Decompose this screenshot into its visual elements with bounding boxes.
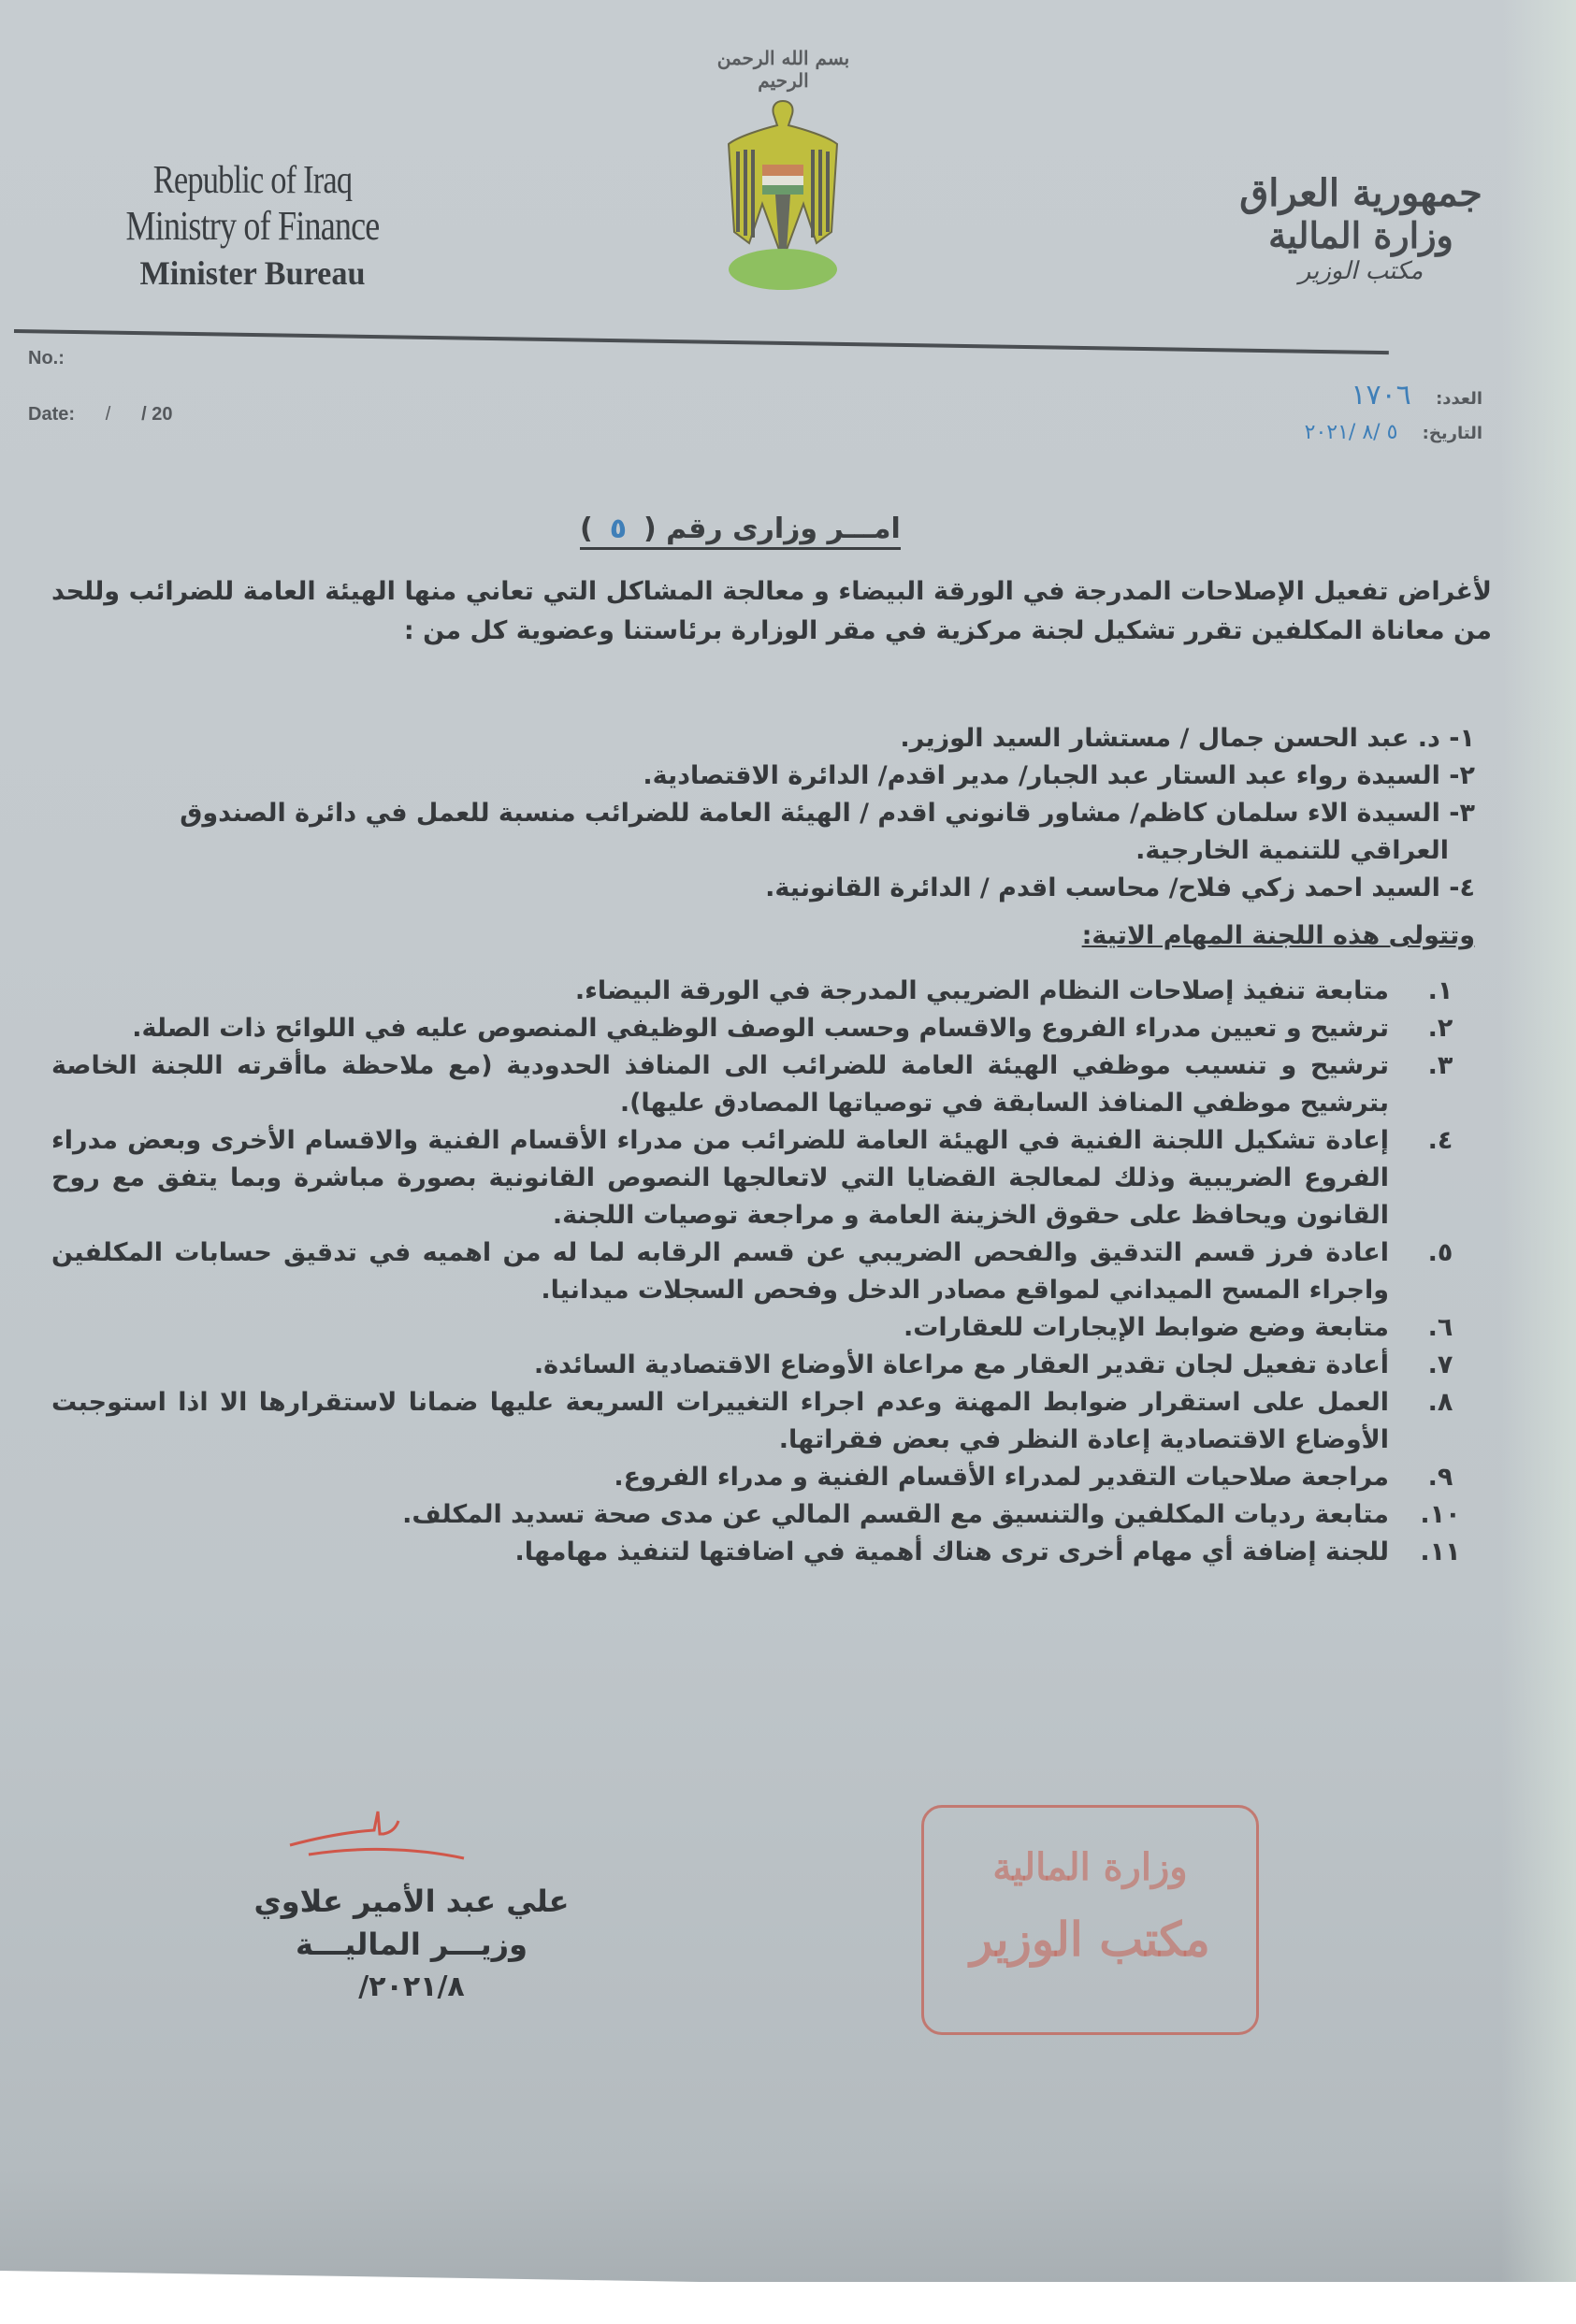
ar-republic-line: جمهورية العراق bbox=[1207, 173, 1515, 214]
order-number: ٥ bbox=[610, 512, 627, 545]
handwritten-number: ١٧٠٦ bbox=[1351, 379, 1410, 411]
official-stamp: وزارة المالية مكتب الوزير bbox=[921, 1805, 1259, 2035]
intro-paragraph: لأغراض تفعيل الإصلاحات المدرجة في الورقة… bbox=[51, 572, 1492, 651]
arabic-date-field: التاريخ: ٥ /٨ /٢٠٢١ bbox=[1305, 421, 1482, 444]
member-item-continued: العراقي للتنمية الخارجية. bbox=[53, 832, 1475, 870]
task-item: ٣.ترشيح و تنسيب موظفي الهيئة العامة للضر… bbox=[51, 1047, 1492, 1122]
task-item: ٤.إعادة تشكيل اللجنة الفنية في الهيئة ال… bbox=[51, 1122, 1492, 1234]
member-item: ٣- السيدة الاء سلمان كاظم/ مشاور قانوني … bbox=[53, 795, 1475, 832]
task-item: ١٠.متابعة رديات المكلفين والتنسيق مع الق… bbox=[51, 1496, 1492, 1534]
signature-date: ٢٠٢١/٨/ bbox=[234, 1966, 589, 2009]
english-no-field: No.: bbox=[28, 348, 65, 369]
signatory-name: علي عبد الأمير علاوي bbox=[234, 1880, 589, 1923]
task-item: ٢.ترشيح و تعيين مدراء الفروع والاقسام وح… bbox=[51, 1010, 1492, 1047]
member-item: ٢- السيدة رواء عبد الستار عبد الجبار/ مد… bbox=[53, 758, 1475, 795]
committee-members: ١- د. عبد الحسن جمال / مستشار السيد الوز… bbox=[53, 720, 1475, 907]
english-date-field: Date: / / 20 bbox=[28, 404, 173, 426]
task-item: ٩.مراجعة صلاحيات التقدير لمدراء الأقسام … bbox=[51, 1459, 1492, 1496]
task-item: ٦.متابعة وضع ضوابط الإيجارات للعقارات. bbox=[51, 1309, 1492, 1347]
handwritten-signature-icon bbox=[281, 1810, 468, 1866]
handwritten-date: ٥ /٨ /٢٠٢١ bbox=[1305, 421, 1398, 444]
emblem-block: بسم الله الرحمن الرحيم bbox=[697, 47, 870, 310]
republic-line: Republic of Iraq bbox=[92, 159, 413, 203]
arabic-letterhead: جمهورية العراق وزارة المالية مكتب الوزير bbox=[1207, 173, 1515, 285]
arabic-no-field: العدد: ١٧٠٦ bbox=[1351, 379, 1482, 411]
document-title: امـــر وزارى رقم (٥) bbox=[580, 512, 901, 550]
english-letterhead: Republic of Iraq Ministry of Finance Min… bbox=[56, 159, 449, 293]
eagle-emblem-icon bbox=[697, 92, 870, 307]
task-item: ٧.أعادة تفعيل لجان تقدير العقار مع مراعا… bbox=[51, 1347, 1492, 1384]
signatory-title: وزيـــر الماليـــة bbox=[234, 1923, 589, 1966]
bureau-line: Minister Bureau bbox=[66, 254, 440, 292]
signature-block: علي عبد الأمير علاوي وزيـــر الماليـــة … bbox=[234, 1880, 589, 2009]
basmala-text: بسم الله الرحمن الرحيم bbox=[697, 47, 870, 92]
member-item: ١- د. عبد الحسن جمال / مستشار السيد الوز… bbox=[53, 720, 1475, 758]
member-item: ٤- السيد احمد زكي فلاح/ محاسب اقدم / الد… bbox=[53, 870, 1475, 907]
task-item: ١.متابعة تنفيذ إصلاحات النظام الضريبي ال… bbox=[51, 973, 1492, 1010]
ministry-line: Ministry of Finance bbox=[92, 203, 413, 249]
tasks-heading: وتتولى هذه اللجنة المهام الاتية: bbox=[1082, 921, 1475, 950]
task-item: ٨.العمل على استقرار ضوابط المهنة وعدم اج… bbox=[51, 1384, 1492, 1459]
task-item: ٥.اعادة فرز قسم التدقيق والفحص الضريبي ع… bbox=[51, 1234, 1492, 1309]
task-item: ١١.للجنة إضافة أي مهام أخرى ترى هناك أهم… bbox=[51, 1534, 1492, 1571]
tasks-list: ١.متابعة تنفيذ إصلاحات النظام الضريبي ال… bbox=[51, 973, 1492, 1571]
ar-bureau-line: مكتب الوزير bbox=[1207, 257, 1515, 285]
stamp-bureau: مكتب الوزير bbox=[924, 1912, 1256, 1967]
stamp-ministry: وزارة المالية bbox=[924, 1845, 1256, 1889]
ar-ministry-line: وزارة المالية bbox=[1207, 214, 1515, 257]
